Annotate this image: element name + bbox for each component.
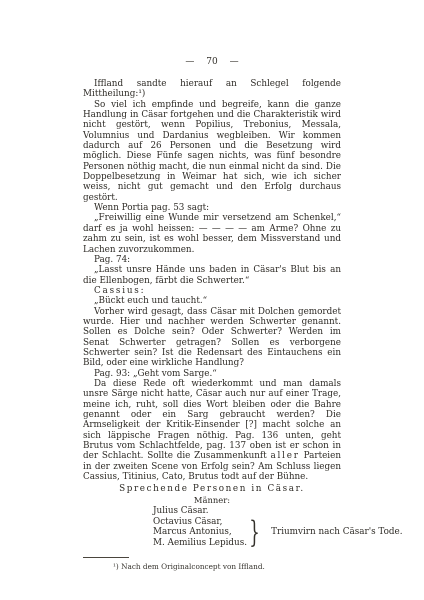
paragraph-saerge-pre: Da diese Rede oft wiederkommt und man da… (83, 379, 341, 461)
paragraph-portia-quote: „Freiwillig eine Wunde mir versetzend am… (83, 213, 341, 254)
triumvir-group-label: Triumvirn nach Cäsar's Tode. (271, 527, 402, 538)
paragraph-handlung: So viel ich empfinde und begreife, kann … (83, 100, 341, 203)
paragraph-saerge-spaced-word: aller (271, 451, 300, 461)
cassius-label: Cassius: (83, 286, 341, 296)
cast-name-julius: Julius Cäsar. (153, 506, 341, 517)
cast-triumvir-group: Octavius Cäsar, Marcus Antonius, M. Aemi… (153, 517, 341, 549)
cast-heading: Sprechende Personen in Cäsar. (83, 484, 341, 494)
paragraph-schwerter: Vorher wird gesagt, dass Cäsar mit Dolch… (83, 307, 341, 369)
brace-glyph: } (249, 518, 260, 548)
cast-name-antonius: Marcus Antonius, (153, 527, 247, 538)
paragraph-mittheilung: Iffland sandte hierauf an Schlegel folge… (83, 79, 341, 100)
paragraph-pag74-quote: „Lasst unsre Hände uns baden in Cäsar's … (83, 265, 341, 286)
paragraph-saerge: Da diese Rede oft wiederkommt und man da… (83, 379, 341, 482)
text-block: Iffland sandte hierauf an Schlegel folge… (83, 79, 341, 573)
cassius-quote: „Bückt euch und taucht.“ (83, 296, 341, 306)
pag-93-line: Pag. 93: „Geht vom Sarge.“ (83, 369, 341, 379)
pag-74-label: Pag. 74: (83, 255, 341, 265)
cast-name-lepidus: M. Aemilius Lepidus. (153, 538, 247, 549)
footnote-text: ¹) Nach dem Originalconcept von Iffland. (83, 562, 341, 572)
cast-names: Julius Cäsar. Octavius Cäsar, Marcus Ant… (153, 506, 341, 548)
footnote-divider (83, 557, 129, 558)
cast-list: Sprechende Personen in Cäsar. Männer: Ju… (83, 484, 341, 548)
document-page: — 70 — Iffland sandte hierauf an Schlege… (0, 0, 424, 600)
cast-name-octavius: Octavius Cäsar, (153, 517, 247, 528)
cast-subheading: Männer: (83, 495, 341, 505)
paragraph-portia-intro: Wenn Portia pag. 53 sagt: (83, 203, 341, 213)
page-number: — 70 — (0, 0, 424, 67)
cast-triumvir-names: Octavius Cäsar, Marcus Antonius, M. Aemi… (153, 517, 247, 549)
